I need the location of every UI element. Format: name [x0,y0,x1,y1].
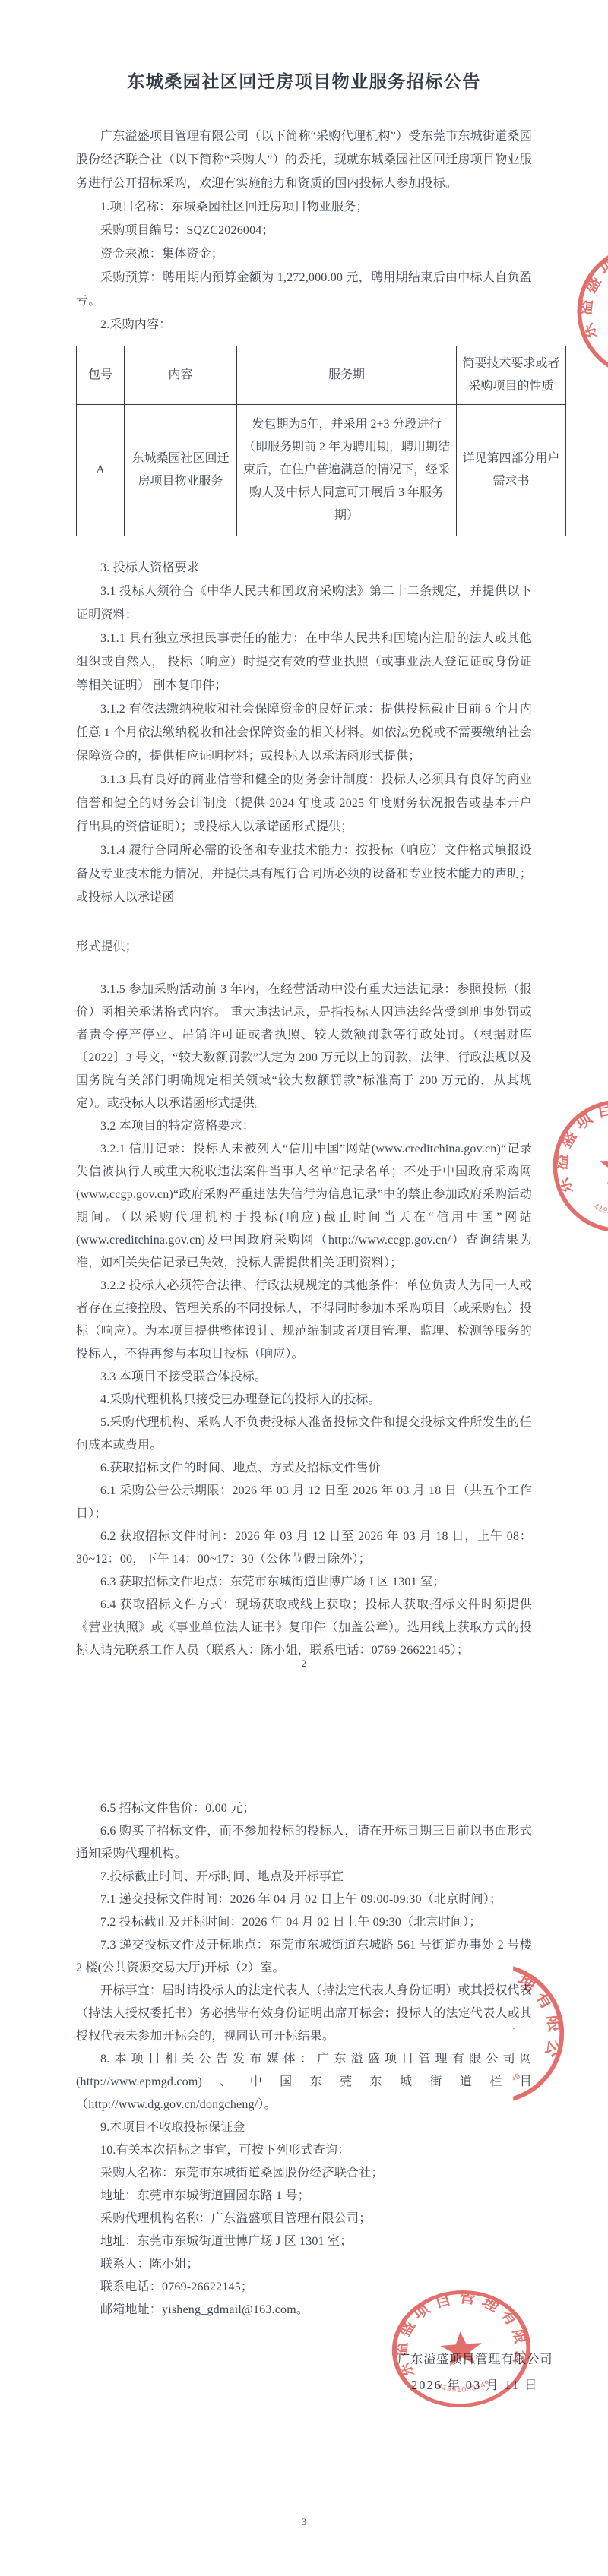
table-row: A东城桑园社区回迁房项目物业服务发包期为5年，并采用 2+3 分段进行（即服务期… [77,405,566,536]
paragraph: 6.1 采购公告公示期限：2026 年 03 月 12 日至 2026 年 03… [76,1480,532,1525]
paragraph: 7.2 投标截止及开标时间：2026 年 04 月 02 日上午 09:30（北… [76,1911,532,1934]
table-header-cell: 简要技术要求或者采购项目的性质 [457,346,566,405]
page-number-3: 3 [0,2516,608,2528]
svg-text:4419510035497: 4419510035497 [549,1096,608,1217]
paragraph: 地址：东莞市东城街道世博广场 J 区 1301 室； [76,2230,532,2253]
table-header-cell: 服务期 [237,346,457,405]
paragraph: 开标事宜：届时请投标人的法定代表人（持法定代表人身份证明）或其授权代表（持法人授… [76,1980,532,2048]
paragraph: 7.投标截止时间、开标时间、地点及开标事宜 [76,1866,532,1889]
page-1-content: 东城桑园社区回迁房项目物业服务招标公告广东溢盛项目管理有限公司（以下简称“采购代… [76,68,532,909]
paragraph: 3.1 投标人须符合《中华人民共和国政府采购法》第二十二条规定，并提供以下证明资… [76,580,532,627]
paragraph: 6.2 获取招标文件时间：2026 年 03 月 12 日至 2026 年 03… [76,1525,532,1571]
paragraph: 采购预算：聘用期内预算金额为 1,272,000.00 元，聘用期结束后由中标人… [76,266,532,313]
company-seal-edge-page1-icon: 广东溢盛项目管理有限公司 4419510035497 [574,242,608,381]
page-number-1: 1 [0,798,608,810]
paragraph: 采购代理机构名称：广东溢盛项目管理有限公司； [76,2208,532,2230]
signature-date: 2026 年 03 月 11 日 [411,2375,539,2393]
paragraph: 6.6 购买了招标文件，而不参加投标的投标人，请在开标日期三日前以书面形式通知采… [76,1820,532,1866]
paragraph: 6.获取招标文件的时间、地点、方式及招标文件售价 [76,1457,532,1480]
table-cell: 发包期为5年，并采用 2+3 分段进行（即服务期前 2 年为聘用期，聘用期结束后… [237,405,457,536]
table-cell: A [77,405,125,536]
paragraph: 5.采购代理机构、采购人不负责投标人准备投标文件和提交投标文件所发生的任何成本或… [76,1411,532,1457]
procurement-table: 包号内容服务期简要技术要求或者采购项目的性质A东城桑园社区回迁房项目物业服务发包… [76,346,566,536]
paragraph: 3.2.1 信用记录：投标人未被列入“信用中国”网站(www.creditchi… [76,1138,532,1275]
paragraph: 6.4 获取招标文件方式：现场获取或线上获取；投标人获取招标文件时须提供《营业执… [76,1594,532,1662]
svg-text:广东溢盛项目管理有限公司: 广东溢盛项目管理有限公司 [549,1096,608,1196]
paragraph: 7.3 递交投标文件及开标地点：东莞市东城街道东城路 561 号街道办事处 2 … [76,1934,532,1980]
paragraph: 邮箱地址：yisheng_gdmail@163.com。 [76,2299,532,2322]
table-cell: 详见第四部分用户需求书 [457,405,566,536]
paragraph: 形式提供； [76,936,532,959]
table-header-cell: 包号 [77,346,125,405]
svg-text:广东溢盛项目管理有限公司: 广东溢盛项目管理有限公司 [574,242,608,342]
paragraph: 7.1 递交投标文件时间：2026 年 04 月 02 日上午 09:00-09… [76,1889,532,1911]
paragraph: 3.3 本项目不接受联合体投标。 [76,1366,532,1389]
paragraph: 资金来源：集体资金； [76,242,532,266]
paragraph: 3.1.4 履行合同所必需的设备和专业技术能力：按投标（响应）文件格式填报设备及… [76,839,532,909]
paragraph: 广东溢盛项目管理有限公司（以下简称“采购代理机构”）受东莞市东城街道桑园股份经济… [76,125,532,195]
paragraph: 6.3 获取招标文件地点：东莞市东城街道世博广场 J 区 1301 室； [76,1571,532,1594]
paragraph: 6.5 招标文件售价：0.00 元； [76,1797,532,1820]
page-2-content: 形式提供；3.1.5 参加采购活动前 3 年内，在经营活动中没有重大违法记录：参… [76,936,532,1662]
paragraph: 9.本项目不收取投标保证金 [76,2116,532,2139]
paragraph: 3. 投标人资格要求 [76,556,532,580]
paragraph: 联系人：陈小姐； [76,2253,532,2276]
document-sheet: 东城桑园社区回迁房项目物业服务招标公告广东溢盛项目管理有限公司（以下简称“采购代… [0,0,608,2576]
paragraph: 3.2.2 投标人必须符合法律、行政法规规定的其他条件：单位负责人为同一人或者存… [76,1275,532,1366]
paragraph: 10.有关本次招标之事宜，可按下列形式查询： [76,2139,532,2162]
paragraph: 4.采购代理机构只接受已办理登记的投标人的投标。 [76,1389,532,1411]
paragraph: 采购项目编号：SQZC2026004； [76,219,532,242]
paragraph: 1.项目名称：东城桑园社区回迁房项目物业服务； [76,195,532,219]
paragraph: 3.2 本项目的特定资格要求： [76,1115,532,1138]
page-3-content: 6.5 招标文件售价：0.00 元；6.6 购买了招标文件，而不参加投标的投标人… [76,1797,532,2322]
paragraph: 采购人名称：东莞市东城街道桑园股份经济联合社； [76,2162,532,2185]
paragraph: 地址：东莞市东城街道圃园东路 1 号； [76,2185,532,2208]
doc-title: 东城桑园社区回迁房项目物业服务招标公告 [76,68,532,94]
svg-text:4419510035497: 4419510035497 [574,242,608,362]
paragraph: 联系电话：0769-26622145； [76,2276,532,2299]
signature-company: 广东溢盛项目管理有限公司 [397,2349,553,2367]
paragraph: 3.1.2 有依法缴纳税收和社会保障资金的良好记录：提供投标截止日前 6 个月内… [76,697,532,768]
paragraph: 3.1.1 具有独立承担民事责任的能力：在中华人民共和国境内注册的法人或其他组织… [76,627,532,697]
table-header-cell: 内容 [125,346,237,405]
paragraph: 8.本项目相关公告发布媒体：广东溢盛项目管理有限公司网(http://www.e… [76,2048,532,2116]
paragraph: 3.1.5 参加采购活动前 3 年内，在经营活动中没有重大违法记录：参照投标（报… [76,978,532,1115]
table-header-row: 包号内容服务期简要技术要求或者采购项目的性质 [77,346,566,405]
table-cell: 东城桑园社区回迁房项目物业服务 [125,405,237,536]
company-seal-edge-page2-icon: 广东溢盛项目管理有限公司 4419510035497 [549,1096,608,1236]
paragraph: 2.采购内容： [76,313,532,337]
page-number-2: 2 [0,1658,608,1670]
